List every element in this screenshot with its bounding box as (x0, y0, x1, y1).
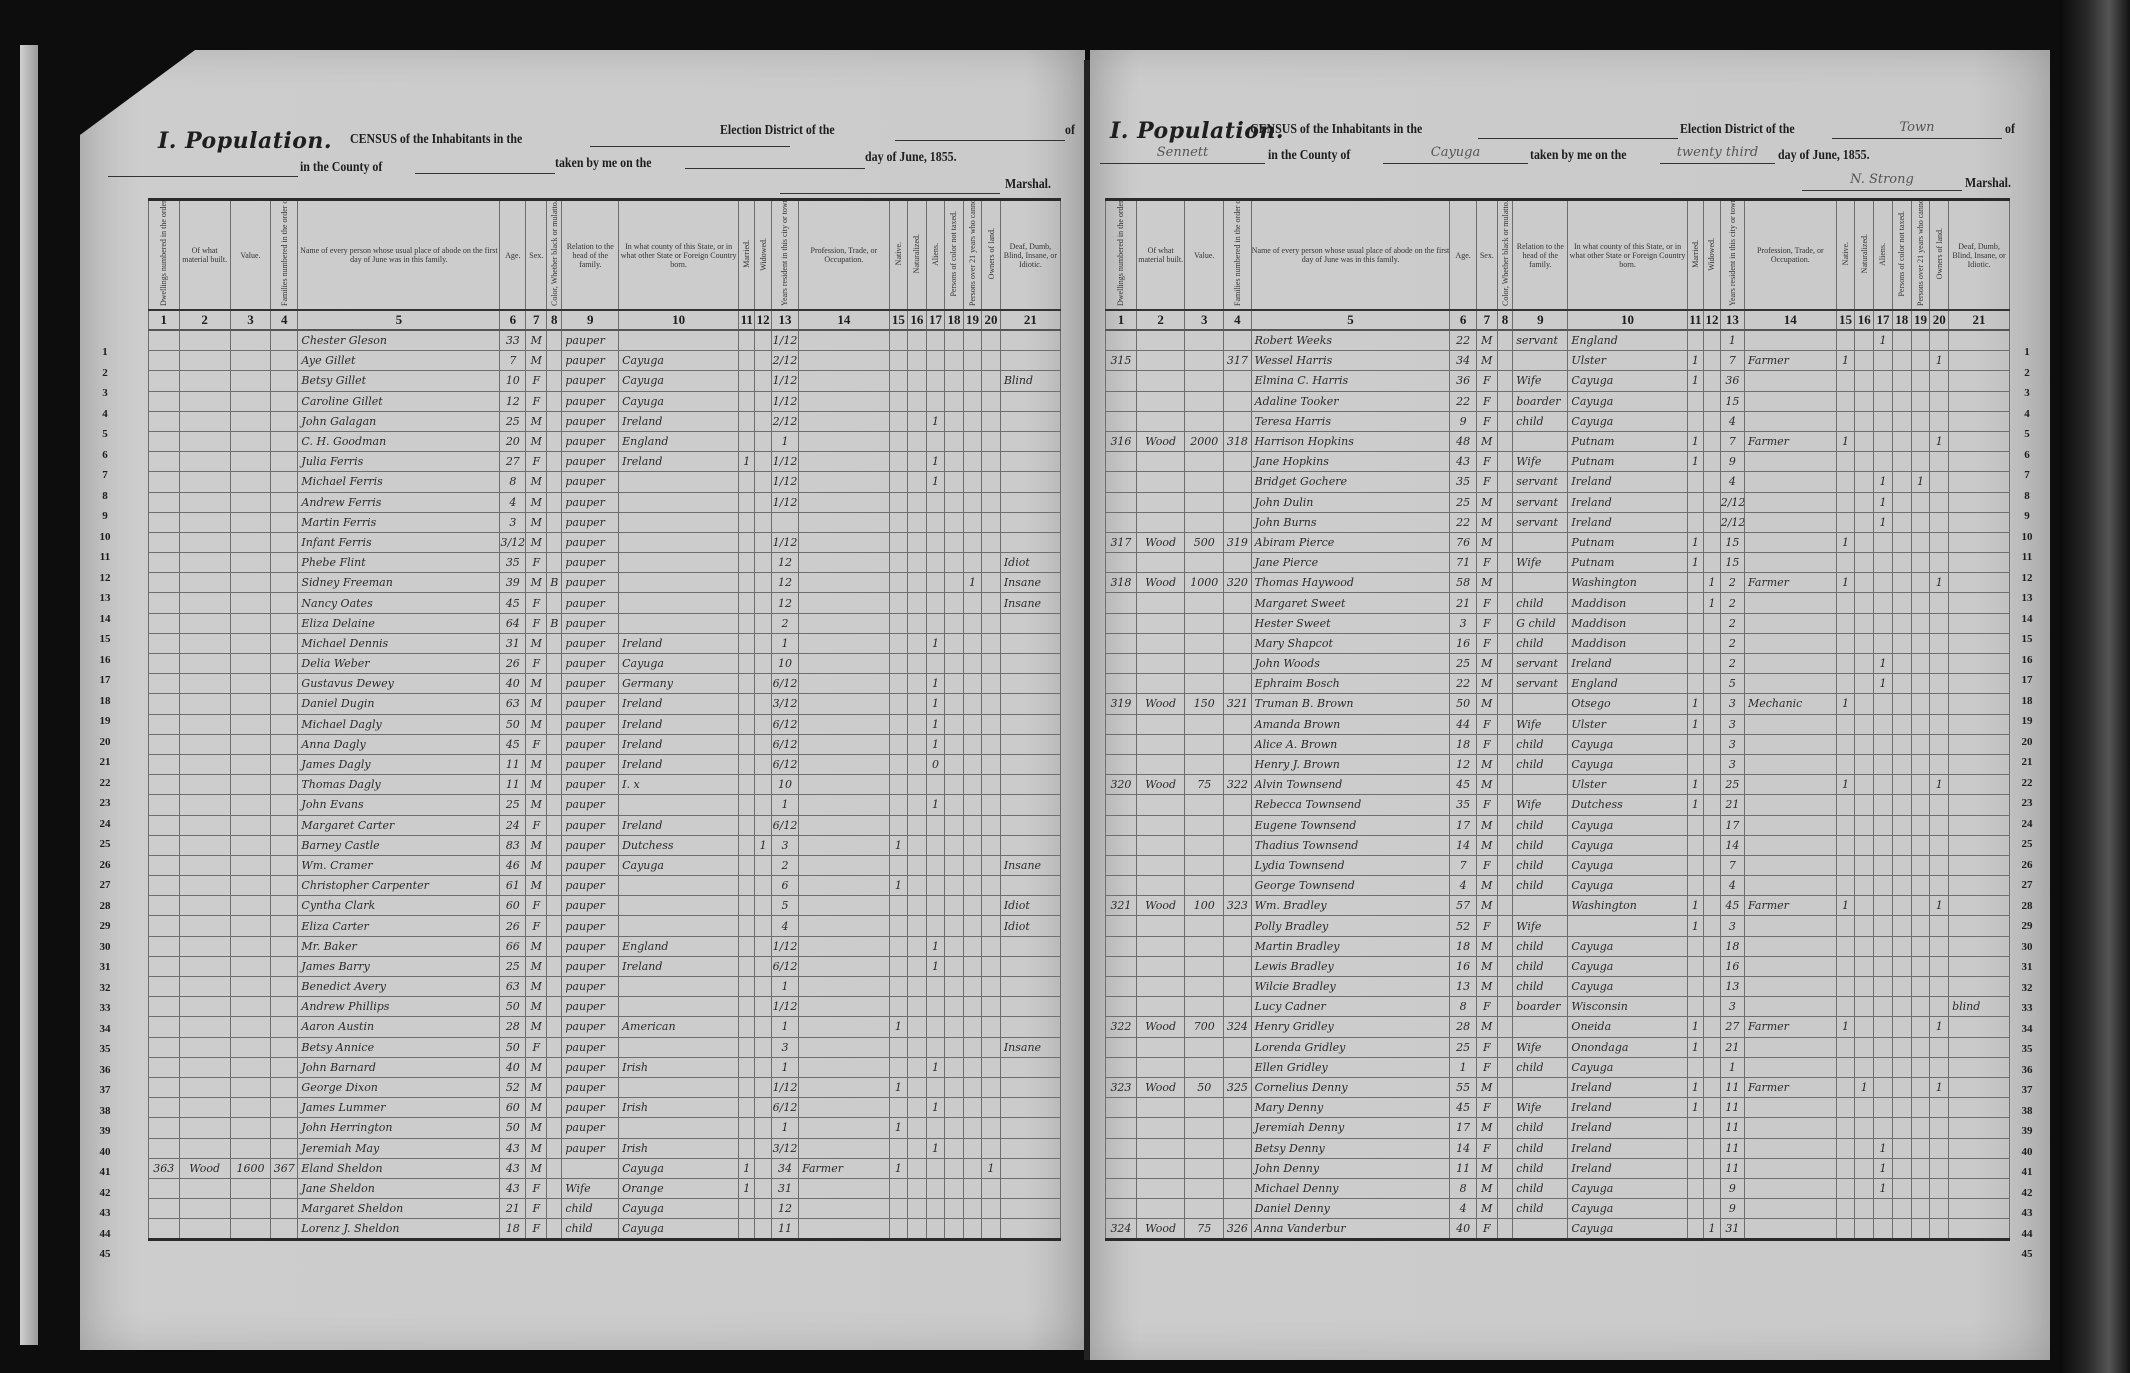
census-cell (1836, 492, 1855, 512)
column-header: Naturalized. (1855, 200, 1874, 311)
line-number: 32 (2012, 978, 2042, 999)
census-cell (1185, 593, 1224, 613)
census-cell (799, 1138, 890, 1158)
census-cell (799, 876, 890, 896)
census-cell (1911, 1138, 1930, 1158)
census-cell (945, 1037, 964, 1057)
census-cell (889, 512, 908, 532)
census-cell (149, 613, 180, 633)
line-number: 34 (90, 1019, 120, 1040)
census-cell: M (526, 492, 547, 512)
census-cell: 22 (1450, 391, 1476, 411)
census-cell (230, 1057, 270, 1077)
census-cell: Infant Ferris (298, 532, 500, 552)
census-cell: Wife (1513, 714, 1568, 734)
census-cell (1106, 492, 1137, 512)
census-cell (1874, 997, 1893, 1017)
census-cell (547, 492, 562, 512)
census-cell (1836, 795, 1855, 815)
census-cell (1687, 754, 1704, 774)
census-cell (271, 391, 298, 411)
census-cell (908, 956, 927, 976)
census-cell (1224, 815, 1252, 835)
census-cell (1497, 613, 1512, 633)
census-entry-row: Aye Gillet7MpauperCayuga2/12 (149, 351, 1061, 371)
census-cell: Eliza Carter (298, 916, 500, 936)
census-cell (799, 956, 890, 976)
census-cell (149, 633, 180, 653)
census-cell (1704, 1077, 1721, 1097)
census-cell (1892, 1098, 1911, 1118)
census-cell (547, 452, 562, 472)
census-cell: Putnam (1568, 532, 1687, 552)
census-cell: M (1476, 1077, 1497, 1097)
census-cell (908, 1077, 927, 1097)
line-number: 4 (2012, 404, 2042, 425)
census-cell (739, 593, 755, 613)
line-number: 27 (2012, 875, 2042, 896)
census-cell (982, 916, 1001, 936)
census-cell: England (619, 431, 739, 451)
census-cell (1949, 896, 2010, 916)
line-number: 38 (2012, 1101, 2042, 1122)
census-cell: Michael Denny (1251, 1178, 1450, 1198)
census-cell: 322 (1224, 775, 1252, 795)
census-cell (179, 1037, 230, 1057)
census-cell (179, 654, 230, 674)
census-cell (1106, 654, 1137, 674)
census-cell (889, 795, 908, 815)
column-header: Years resident in this city or town. (1720, 200, 1744, 311)
census-cell (1930, 391, 1949, 411)
census-cell (1497, 532, 1512, 552)
census-cell (1874, 1057, 1893, 1077)
census-cell (179, 1199, 230, 1219)
census-cell (1687, 1158, 1704, 1178)
census-cell: 1 (1930, 896, 1949, 916)
census-cell (1497, 876, 1512, 896)
census-cell (619, 553, 739, 573)
census-cell: M (526, 775, 547, 795)
census-cell (1874, 896, 1893, 916)
column-header: Profession, Trade, or Occupation. (799, 200, 890, 311)
census-entry-row: Jeremiah Denny17MchildIreland11 (1106, 1118, 2010, 1138)
census-cell: 50 (1450, 694, 1476, 714)
census-cell: C. H. Goodman (298, 431, 500, 451)
line-number: 1 (90, 342, 120, 363)
census-cell (982, 633, 1001, 653)
census-cell (1874, 1199, 1893, 1219)
census-cell (271, 855, 298, 875)
census-cell (963, 795, 982, 815)
census-cell (889, 734, 908, 754)
census-cell (1497, 1138, 1512, 1158)
column-header-row: Dwellings numbered in the order of visit… (1106, 200, 2010, 311)
census-cell (908, 1118, 927, 1138)
census-cell (1911, 956, 1930, 976)
census-cell: Cayuga (619, 855, 739, 875)
census-cell (1224, 330, 1252, 351)
census-cell (1224, 1037, 1252, 1057)
census-cell (547, 371, 562, 391)
census-cell (982, 936, 1001, 956)
census-entry-row: Daniel Dugin63MpauperIreland3/121 (149, 694, 1061, 714)
census-cell (1836, 391, 1855, 411)
census-cell (271, 1138, 298, 1158)
census-entry-row: Julia Ferris27FpauperIreland11/121 (149, 452, 1061, 472)
census-cell (1497, 1057, 1512, 1077)
line-number: 41 (90, 1162, 120, 1183)
census-cell (1892, 613, 1911, 633)
census-cell (1949, 1138, 2010, 1158)
census-cell (1836, 452, 1855, 472)
census-cell (1000, 492, 1060, 512)
census-cell (799, 896, 890, 916)
census-cell (755, 452, 771, 472)
census-cell (547, 977, 562, 997)
census-entry-row: Wilcie Bradley13MchildCayuga13 (1106, 977, 2010, 997)
census-cell: 28 (500, 1017, 526, 1037)
census-cell (230, 1037, 270, 1057)
census-cell (149, 351, 180, 371)
census-cell (908, 593, 927, 613)
town-field (895, 122, 1065, 141)
census-cell (1930, 795, 1949, 815)
census-cell: 12 (771, 553, 798, 573)
census-cell (179, 977, 230, 997)
census-cell (1224, 472, 1252, 492)
census-cell (908, 1138, 927, 1158)
census-cell (619, 532, 739, 552)
census-cell (1185, 1037, 1224, 1057)
census-cell (1224, 1118, 1252, 1138)
census-cell: child (1513, 977, 1568, 997)
column-header: Name of every person whose usual place o… (298, 200, 500, 311)
census-cell (1874, 553, 1893, 573)
census-entry-row: Margaret Sheldon21FchildCayuga12 (149, 1199, 1061, 1219)
census-cell: Ireland (619, 956, 739, 976)
census-cell: Margaret Carter (298, 815, 500, 835)
census-cell (963, 694, 982, 714)
census-cell (1106, 936, 1137, 956)
census-cell (1000, 835, 1060, 855)
census-cell (1136, 351, 1185, 371)
census-cell (1185, 1057, 1224, 1077)
line-number: 17 (2012, 670, 2042, 691)
census-cell: 1 (1687, 431, 1704, 451)
census-cell: F (526, 593, 547, 613)
census-cell (271, 411, 298, 431)
census-cell (1185, 754, 1224, 774)
marshal-field (780, 175, 1000, 194)
census-cell (889, 936, 908, 956)
census-cell: F (1476, 997, 1497, 1017)
census-cell: pauper (562, 855, 619, 875)
census-cell (1000, 754, 1060, 774)
census-cell (755, 876, 771, 896)
census-cell (1874, 855, 1893, 875)
line-number: 37 (2012, 1080, 2042, 1101)
census-cell (739, 1057, 755, 1077)
census-cell: 3 (1720, 734, 1744, 754)
census-cell: 1 (926, 734, 945, 754)
census-cell (963, 1118, 982, 1138)
census-cell: 27 (1720, 1017, 1744, 1037)
census-cell (1836, 916, 1855, 936)
census-cell: Wood (179, 1158, 230, 1178)
census-cell (230, 916, 270, 936)
census-cell (1497, 411, 1512, 431)
census-cell: 2 (1720, 593, 1744, 613)
census-cell (1106, 633, 1137, 653)
census-entry-row: John Denny11MchildIreland111 (1106, 1158, 2010, 1178)
census-cell: M (526, 956, 547, 976)
census-cell (547, 512, 562, 532)
line-number: 11 (2012, 547, 2042, 568)
census-cell (945, 1118, 964, 1138)
census-cell: 1 (1687, 896, 1704, 916)
census-cell: Wood (1136, 1077, 1185, 1097)
census-cell (1874, 815, 1893, 835)
census-cell: M (1476, 330, 1497, 351)
census-cell (1224, 1199, 1252, 1219)
census-cell: 1 (771, 1057, 798, 1077)
census-cell (547, 553, 562, 573)
census-cell (1136, 1037, 1185, 1057)
census-cell (982, 1118, 1001, 1138)
census-cell: Insane (1000, 573, 1060, 593)
census-cell (1224, 654, 1252, 674)
census-cell (1745, 916, 1837, 936)
census-cell: Anna Vanderbur (1251, 1219, 1450, 1240)
census-cell (1836, 734, 1855, 754)
census-cell (1224, 916, 1252, 936)
census-cell: pauper (562, 1138, 619, 1158)
census-cell: 1 (926, 452, 945, 472)
line-number: 26 (90, 855, 120, 876)
census-entry-row: Mr. Baker66MpauperEngland1/121 (149, 936, 1061, 956)
column-number: 14 (1745, 310, 1837, 330)
census-cell (1497, 997, 1512, 1017)
census-entry-row: Amanda Brown44FWifeUlster13 (1106, 714, 2010, 734)
census-cell: 1 (1930, 351, 1949, 371)
census-cell: Ireland (619, 633, 739, 653)
census-cell (1745, 1178, 1837, 1198)
census-cell (1497, 371, 1512, 391)
census-cell (271, 815, 298, 835)
census-cell (926, 1158, 945, 1178)
census-cell: 6/12 (771, 1098, 798, 1118)
census-cell: 15 (1720, 532, 1744, 552)
census-cell (1224, 835, 1252, 855)
census-cell: John Evans (298, 795, 500, 815)
census-cell: Dutchess (619, 835, 739, 855)
census-cell: 1 (1687, 351, 1704, 371)
census-cell: 10 (771, 775, 798, 795)
census-cell (179, 351, 230, 371)
census-cell (271, 452, 298, 472)
census-entry-row: 323Wood50325Cornelius Denny55MIreland111… (1106, 1077, 2010, 1097)
census-cell: 35 (1450, 795, 1476, 815)
census-cell: Dutchess (1568, 795, 1687, 815)
census-cell: 61 (500, 876, 526, 896)
census-cell (1497, 674, 1512, 694)
line-number: 42 (90, 1183, 120, 1204)
census-cell: M (1476, 1118, 1497, 1138)
census-entry-row: Bridget Gochere35FservantIreland411 (1106, 472, 2010, 492)
census-cell (179, 553, 230, 573)
census-cell: 15 (1720, 391, 1744, 411)
marshal-field-right: N. Strong (1802, 172, 1962, 191)
census-cell: 25 (1450, 654, 1476, 674)
census-cell (1497, 431, 1512, 451)
census-cell (1224, 795, 1252, 815)
census-cell (1106, 1098, 1137, 1118)
census-cell: Henry Gridley (1251, 1017, 1450, 1037)
line-number: 18 (90, 691, 120, 712)
census-cell (1855, 1219, 1874, 1240)
column-header: Aliens. (926, 200, 945, 311)
line-number: 32 (90, 978, 120, 999)
census-cell: Cayuga (1568, 876, 1687, 896)
census-cell (1745, 835, 1837, 855)
census-cell (619, 795, 739, 815)
census-cell (945, 613, 964, 633)
census-cell (945, 1077, 964, 1097)
census-cell (926, 815, 945, 835)
census-cell (1855, 431, 1874, 451)
census-cell (889, 674, 908, 694)
census-cell (1136, 492, 1185, 512)
census-cell: Putnam (1568, 553, 1687, 573)
census-cell: 2 (1720, 633, 1744, 653)
line-number: 22 (90, 773, 120, 794)
census-cell (1745, 371, 1837, 391)
census-cell: 1/12 (771, 391, 798, 411)
census-cell (1892, 1057, 1911, 1077)
census-cell (230, 1199, 270, 1219)
census-cell: 7 (1720, 431, 1744, 451)
census-cell: 6/12 (771, 674, 798, 694)
line-number: 12 (90, 568, 120, 589)
census-cell (1704, 1017, 1721, 1037)
census-cell (945, 775, 964, 795)
census-cell (271, 997, 298, 1017)
census-cell: 6/12 (771, 754, 798, 774)
census-cell: Ireland (1568, 1138, 1687, 1158)
census-cell (889, 956, 908, 976)
census-cell: 1 (889, 1017, 908, 1037)
census-cell: 31 (1720, 1219, 1744, 1240)
line-number: 21 (90, 752, 120, 773)
census-cell (1892, 411, 1911, 431)
census-cell (271, 532, 298, 552)
census-cell (908, 694, 927, 714)
census-cell (1704, 936, 1721, 956)
census-cell (1745, 452, 1837, 472)
census-cell (1874, 351, 1893, 371)
census-entry-row: Betsy Annice50Fpauper3Insane (149, 1037, 1061, 1057)
census-cell (908, 371, 927, 391)
census-entry-row: Benedict Avery63Mpauper1 (149, 977, 1061, 997)
census-cell (945, 835, 964, 855)
census-cell: child (1513, 1118, 1568, 1138)
census-cell (1000, 674, 1060, 694)
census-cell (149, 492, 180, 512)
census-cell: 12 (771, 593, 798, 613)
census-cell: 45 (1450, 775, 1476, 795)
census-cell: 16 (1720, 956, 1744, 976)
census-cell (1000, 1199, 1060, 1219)
census-cell: 1 (1687, 795, 1704, 815)
line-number: 19 (2012, 711, 2042, 732)
census-cell (1930, 371, 1949, 391)
census-cell (1855, 977, 1874, 997)
census-cell (755, 977, 771, 997)
column-header: Age. (500, 200, 526, 311)
census-cell (1874, 775, 1893, 795)
census-cell (982, 1037, 1001, 1057)
census-cell (908, 1017, 927, 1037)
column-number: 20 (1930, 310, 1949, 330)
census-cell: 1 (1687, 1037, 1704, 1057)
census-cell (179, 734, 230, 754)
census-cell: 1 (739, 452, 755, 472)
taken-label-right: taken by me on the (1530, 148, 1627, 164)
census-cell (1892, 532, 1911, 552)
census-cell (945, 391, 964, 411)
census-cell (1497, 855, 1512, 875)
marshal-label: Marshal. (1005, 177, 1051, 193)
census-cell (1106, 977, 1137, 997)
census-entry-row: James Lummer60MpauperIrish6/121 (149, 1098, 1061, 1118)
census-cell (799, 1057, 890, 1077)
census-cell (230, 1138, 270, 1158)
census-cell: M (1476, 431, 1497, 451)
census-cell: servant (1513, 654, 1568, 674)
census-cell (1911, 613, 1930, 633)
census-cell (1497, 956, 1512, 976)
census-cell (1855, 391, 1874, 411)
census-cell (739, 1199, 755, 1219)
census-cell (963, 936, 982, 956)
census-cell (1136, 1098, 1185, 1118)
census-cell: Orange (619, 1178, 739, 1198)
census-cell (908, 391, 927, 411)
census-cell (1704, 694, 1721, 714)
census-cell: Betsy Gillet (298, 371, 500, 391)
census-entry-row: Polly Bradley52FWife13 (1106, 916, 2010, 936)
census-cell (149, 977, 180, 997)
census-cell (1874, 694, 1893, 714)
census-cell: 1 (739, 1178, 755, 1198)
census-cell: Adaline Tooker (1251, 391, 1450, 411)
column-header: Native. (889, 200, 908, 311)
census-cell (1000, 694, 1060, 714)
scanner-frame (2060, 0, 2130, 1373)
census-cell (1136, 512, 1185, 532)
census-cell (1855, 1098, 1874, 1118)
census-cell: Ireland (1568, 512, 1687, 532)
census-cell (1687, 330, 1704, 351)
census-cell (1185, 492, 1224, 512)
line-number: 37 (90, 1080, 120, 1101)
census-cell: F (526, 1219, 547, 1240)
census-cell (1892, 1017, 1911, 1037)
census-cell (230, 411, 270, 431)
census-cell (1106, 330, 1137, 351)
line-number: 24 (90, 814, 120, 835)
